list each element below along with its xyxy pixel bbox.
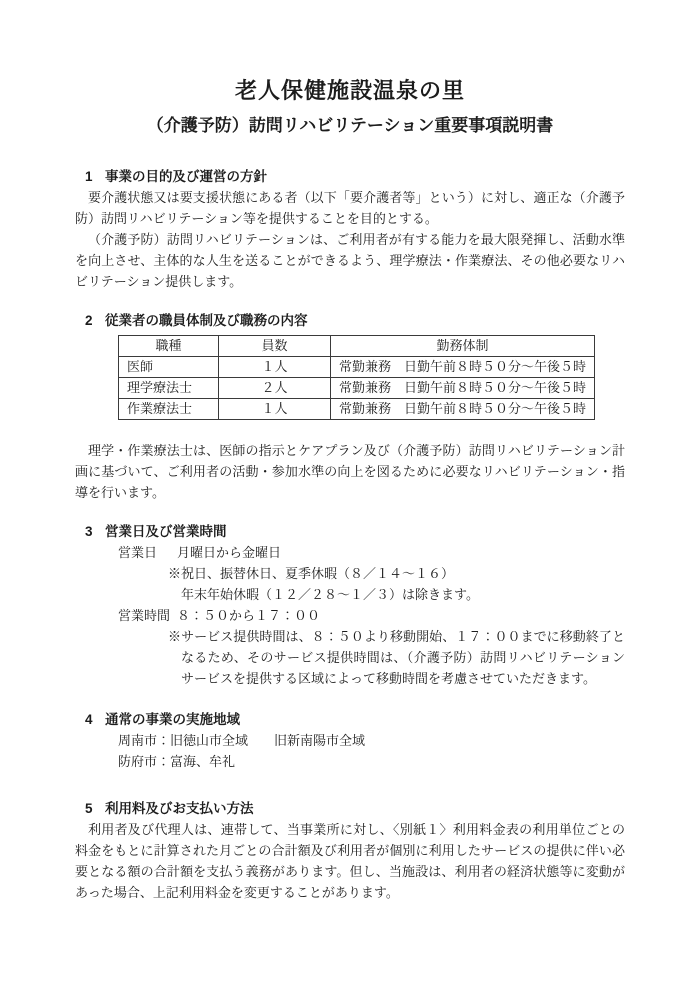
table-cell-job: 作業療法士 [119, 399, 219, 420]
section-heading: 5利用料及びお支払い方法 [75, 798, 625, 819]
table-cell-schedule: 常勤兼務 日勤午前８時５０分～午後５時 [331, 378, 595, 399]
section-service-area: 4通常の事業の実施地域 周南市：旧徳山市全域 旧新南陽市全域 防府市：富海、牟礼 [75, 709, 625, 772]
table-cell-job: 医師 [119, 357, 219, 378]
note-marker: ※ [168, 566, 181, 581]
note-marker: ※ [168, 629, 181, 644]
section-heading-text: 通常の事業の実施地域 [105, 712, 240, 727]
holiday-note-continuation: 年末年始休暇（１２／２８～１／３）は除きます。 [75, 584, 625, 605]
business-hours-line: 営業時間８：５０から１７：００ [75, 605, 625, 626]
table-row: 作業療法士 １人 常勤兼務 日勤午前８時５０分～午後５時 [119, 399, 595, 420]
section-heading: 1事業の目的及び運営の方針 [75, 166, 625, 187]
service-area-hofu: 防府市：富海、牟礼 [75, 751, 625, 772]
section-number: 1 [85, 166, 105, 187]
business-hours-value: ８：５０から１７：００ [177, 608, 320, 623]
service-time-note-text: サービス提供時間は、８：５０より移動開始、１７：００までに移動終了となるため、そ… [181, 629, 625, 686]
section-heading-text: 営業日及び営業時間 [105, 524, 227, 539]
section-fees-payment: 5利用料及びお支払い方法 利用者及び代理人は、連帯して、当事業所に対し、〈別紙１… [75, 798, 625, 903]
table-header-schedule: 勤務体制 [331, 336, 595, 357]
document-subtitle: （介護予防）訪問リハビリテーション重要事項説明書 [75, 114, 625, 138]
business-hours-label: 営業時間 [118, 605, 177, 626]
table-cell-count: ２人 [219, 378, 331, 399]
business-days-line: 営業日月曜日から金曜日 [75, 542, 625, 563]
section-heading-text: 事業の目的及び運営の方針 [105, 169, 267, 184]
section-business-hours: 3営業日及び営業時間 営業日月曜日から金曜日 ※祝日、振替休日、夏季休暇（８／１… [75, 521, 625, 689]
section-business-purpose: 1事業の目的及び運営の方針 要介護状態又は要支援状態にある者（以下「要介護者等」… [75, 166, 625, 292]
table-cell-count: １人 [219, 357, 331, 378]
table-row: 医師 １人 常勤兼務 日勤午前８時５０分～午後５時 [119, 357, 595, 378]
paragraph: （介護予防）訪問リハビリテーションは、ご利用者が有する能力を最大限発揮し、活動水… [75, 229, 625, 292]
staff-table: 職種 員数 勤務体制 医師 １人 常勤兼務 日勤午前８時５０分～午後５時 理学療… [118, 335, 595, 420]
table-cell-job: 理学療法士 [119, 378, 219, 399]
holiday-note-line: ※祝日、振替休日、夏季休暇（８／１４～１６） [75, 563, 625, 584]
section-heading-text: 従業者の職員体制及び職務の内容 [105, 313, 308, 328]
section-number: 5 [85, 798, 105, 819]
table-header-job: 職種 [119, 336, 219, 357]
service-area-shunan: 周南市：旧徳山市全域 旧新南陽市全域 [75, 730, 625, 751]
paragraph: 利用者及び代理人は、連帯して、当事業所に対し、〈別紙１〉利用料金表の利用単位ごと… [75, 819, 625, 903]
business-days-label: 営業日 [118, 542, 177, 563]
table-cell-schedule: 常勤兼務 日勤午前８時５０分～午後５時 [331, 399, 595, 420]
section-staffing: 2従業者の職員体制及び職務の内容 職種 員数 勤務体制 医師 １人 常勤兼務 日… [75, 310, 625, 503]
section-number: 4 [85, 709, 105, 730]
table-header-count: 員数 [219, 336, 331, 357]
section-heading: 4通常の事業の実施地域 [75, 709, 625, 730]
document-page: 老人保健施設温泉の里 （介護予防）訪問リハビリテーション重要事項説明書 1事業の… [0, 0, 700, 990]
paragraph: 理学・作業療法士は、医師の指示とケアプラン及び（介護予防）訪問リハビリテーション… [75, 440, 625, 503]
business-days-value: 月曜日から金曜日 [177, 545, 281, 560]
paragraph: 要介護状態又は要支援状態にある者（以下「要介護者等」という）に対し、適正な（介護… [75, 187, 625, 229]
table-header-row: 職種 員数 勤務体制 [119, 336, 595, 357]
service-time-note-line: ※サービス提供時間は、８：５０より移動開始、１７：００までに移動終了となるため、… [75, 626, 625, 689]
table-row: 理学療法士 ２人 常勤兼務 日勤午前８時５０分～午後５時 [119, 378, 595, 399]
section-number: 2 [85, 310, 105, 331]
table-cell-schedule: 常勤兼務 日勤午前８時５０分～午後５時 [331, 357, 595, 378]
table-cell-count: １人 [219, 399, 331, 420]
holiday-note-text: 祝日、振替休日、夏季休暇（８／１４～１６） [181, 566, 454, 581]
section-number: 3 [85, 521, 105, 542]
section-heading: 3営業日及び営業時間 [75, 521, 625, 542]
document-title: 老人保健施設温泉の里 [75, 76, 625, 106]
section-heading-text: 利用料及びお支払い方法 [105, 801, 254, 816]
section-heading: 2従業者の職員体制及び職務の内容 [75, 310, 625, 331]
